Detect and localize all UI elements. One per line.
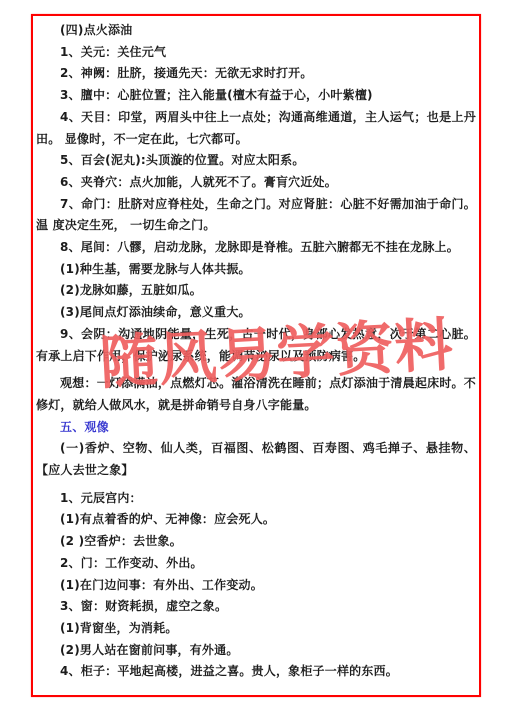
paragraph: (1)种生基，需要龙脉与人体共振。: [36, 259, 476, 281]
paragraph: (2)男人站在窗前问事，有外通。: [36, 640, 476, 662]
paragraph: 5、百会(泥丸):头顶漩的位置。对应太阳系。: [36, 150, 476, 172]
paragraph: 观想：一灯添满油，点燃灯芯。灌浴清洗在睡前；点灯添油于清晨起床时。不修灯，就给人…: [36, 373, 476, 416]
paragraph: 3、膻中：心脏位置；注入能量(檀木有益于心，小叶紫檀): [36, 85, 476, 107]
paragraph: 4、柜子：平地起高楼，进益之喜。贵人，象柜子一样的东西。: [36, 661, 476, 683]
content-border-box: (四)点火添油1、关元：关住元气2、神阙：肚脐，接通先天：无欲无求时打开。3、膻…: [31, 14, 481, 697]
paragraph: 2、神阙：肚脐，接通先天：无欲无求时打开。: [36, 63, 476, 85]
paragraph: (1)在门边问事：有外出、工作变动。: [36, 575, 476, 597]
paragraph: 4、天目：印堂，两眉头中往上一点处；沟通高维通道，主人运气；也是上丹田。 显像时…: [36, 107, 476, 150]
paragraph: 7、命门：肚脐对应脊柱处，生命之门。对应肾脏：心脏不好需加油于命门。温 度决定生…: [36, 194, 476, 237]
paragraph: 3、窗：财资耗损，虚空之象。: [36, 596, 476, 618]
paragraph: 1、关元：关住元气: [36, 42, 476, 64]
paragraph: (2)龙脉如藤，五脏如瓜。: [36, 280, 476, 302]
paragraph: 2、门：工作变动、外出。: [36, 553, 476, 575]
paragraph-list: (四)点火添油1、关元：关住元气2、神阙：肚脐，接通先天：无欲无求时打开。3、膻…: [36, 20, 476, 683]
paragraph: (一)香炉、空物、仙人类，百福图、松鹤图、百寿图、鸡毛掸子、悬挂物、【应人去世之…: [36, 438, 476, 481]
paragraph: 1、元辰宫内：: [36, 488, 476, 510]
paragraph: (3)尾间点灯添油续命，意义重大。: [36, 302, 476, 324]
section-heading: 五、观像: [36, 417, 476, 439]
paragraph: (1)背窗坐，为消耗。: [36, 618, 476, 640]
paragraph: 9、会阴：沟通地阴能量，生死，古一时代，身部心发热意，次于第二心脏。有承上启下作…: [36, 324, 476, 367]
paragraph: (2 )空香炉：去世象。: [36, 531, 476, 553]
paragraph: 8、尾间：八髎，启动龙脉，龙脉即是脊椎。五脏六腑都无不挂在龙脉上。: [36, 237, 476, 259]
paragraph: (1)有点着香的炉、无神像：应会死人。: [36, 509, 476, 531]
paragraph: (四)点火添油: [36, 20, 476, 42]
paragraph: 6、夹脊穴：点火加能，人就死不了。膏肓穴近处。: [36, 172, 476, 194]
document-page: (四)点火添油1、关元：关住元气2、神阙：肚脐，接通先天：无欲无求时打开。3、膻…: [0, 0, 506, 715]
